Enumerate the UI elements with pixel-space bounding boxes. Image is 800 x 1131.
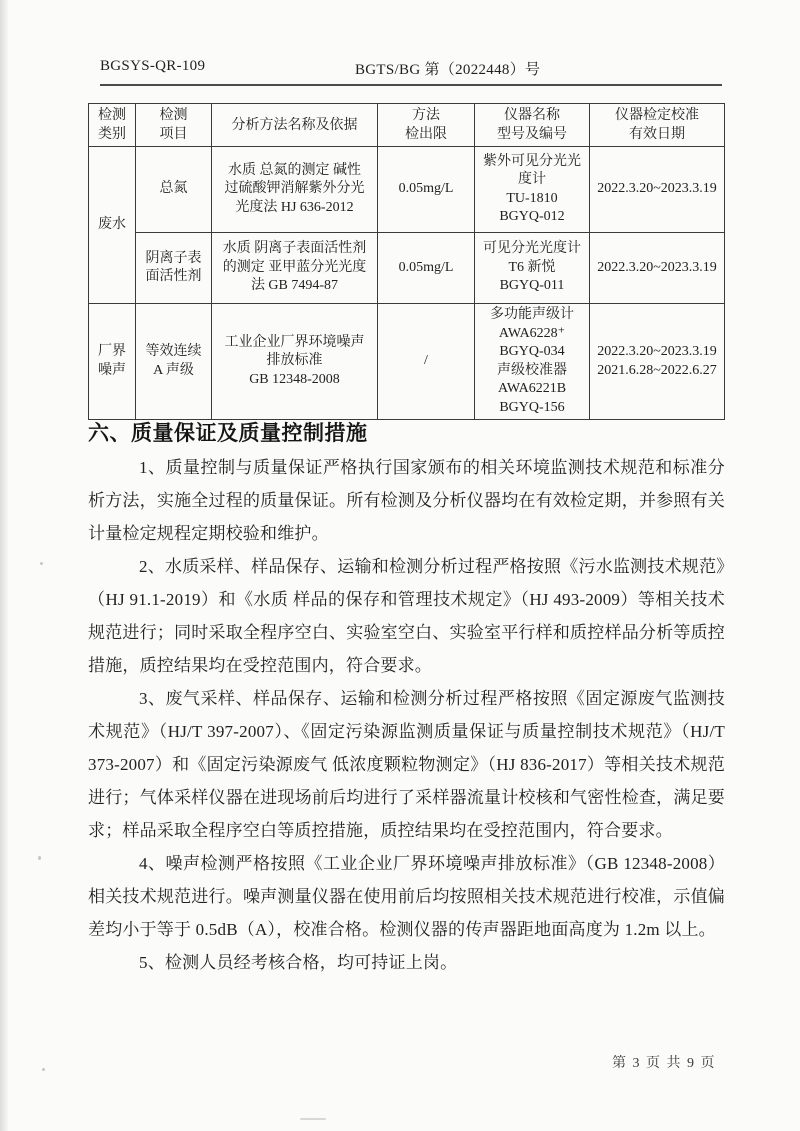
scan-speck [38,856,41,860]
paragraph-5: 5、检测人员经考核合格，均可持证上岗。 [88,946,725,979]
page-number: 第 3 页 共 9 页 [612,1052,716,1072]
cell-item-total-nitrogen: 总氮 [136,147,212,233]
cell-validity: 2022.3.20~2023.3.19 2021.6.28~2022.6.27 [590,304,725,420]
cell-item-leq-a: 等效连续 A 声级 [136,304,212,420]
scan-speck [42,1068,45,1071]
table-row: 厂界 噪声 等效连续 A 声级 工业企业厂界环境噪声 排放标准 GB 12348… [89,304,725,420]
table-header-row: 检测 类别 检测 项目 分析方法名称及依据 方法 检出限 仪器名称 型号及编号 … [89,104,725,147]
column-header-category: 检测 类别 [89,104,136,147]
column-header-calibration-validity: 仪器检定校准 有效日期 [590,104,725,147]
paragraph-3: 3、废气采样、样品保存、运输和检测分析过程严格按照《固定源废气监测技术规范》（H… [88,682,725,847]
header-rule [100,84,722,86]
cell-item-anionic-surfactant: 阴离子表 面活性剂 [136,233,212,304]
cell-detection-limit: 0.05mg/L [378,233,475,304]
scanned-report-page: { "header": { "doc_code": "BGSYS-QR-109"… [0,0,800,1131]
scan-edge-shadow [0,0,8,1131]
cell-validity: 2022.3.20~2023.3.19 [590,147,725,233]
cell-method: 水质 总氮的测定 碱性 过硫酸钾消解紫外分光 光度法 HJ 636-2012 [212,147,378,233]
cell-instrument: 多功能声级计 AWA6228⁺ BGYQ-034 声级校准器 AWA6221B … [475,304,590,420]
cell-method: 工业企业厂界环境噪声 排放标准 GB 12348-2008 [212,304,378,420]
paragraph-2: 2、水质采样、样品保存、运输和检测分析过程严格按照《污水监测技术规范》（HJ 9… [88,550,725,682]
cell-detection-limit: 0.05mg/L [378,147,475,233]
cell-instrument: 可见分光光度计 T6 新悦 BGYQ-011 [475,233,590,304]
scan-speck [40,562,43,565]
cell-category-wastewater: 废水 [89,147,136,304]
scan-speck [300,1118,326,1120]
column-header-detection-limit: 方法 检出限 [378,104,475,147]
qa-qc-section: 六、质量保证及质量控制措施 1、质量控制与质量保证严格执行国家颁布的相关环境监测… [88,418,725,979]
cell-validity: 2022.3.20~2023.3.19 [590,233,725,304]
column-header-instrument: 仪器名称 型号及编号 [475,104,590,147]
table-row: 阴离子表 面活性剂 水质 阴离子表面活性剂 的测定 亚甲蓝分光光度 法 GB 7… [89,233,725,304]
paragraph-4: 4、噪声检测严格按照《工业企业厂界环境噪声排放标准》（GB 12348-2008… [88,847,725,946]
cell-method: 水质 阴离子表面活性剂 的测定 亚甲蓝分光光度 法 GB 7494-87 [212,233,378,304]
table-row: 废水 总氮 水质 总氮的测定 碱性 过硫酸钾消解紫外分光 光度法 HJ 636-… [89,147,725,233]
doc-report-number: BGTS/BG 第（2022448）号 [355,58,540,79]
cell-category-boundary-noise: 厂界 噪声 [89,304,136,420]
monitoring-method-table: 检测 类别 检测 项目 分析方法名称及依据 方法 检出限 仪器名称 型号及编号 … [88,103,725,420]
column-header-item: 检测 项目 [136,104,212,147]
cell-detection-limit: / [378,304,475,420]
paragraph-1: 1、质量控制与质量保证严格执行国家颁布的相关环境监测技术规范和标准分析方法，实施… [88,451,725,550]
doc-form-code: BGSYS-QR-109 [100,58,205,75]
cell-instrument: 紫外可见分光光 度计 TU-1810 BGYQ-012 [475,147,590,233]
column-header-method: 分析方法名称及依据 [212,104,378,147]
section-title: 六、质量保证及质量控制措施 [88,418,725,448]
